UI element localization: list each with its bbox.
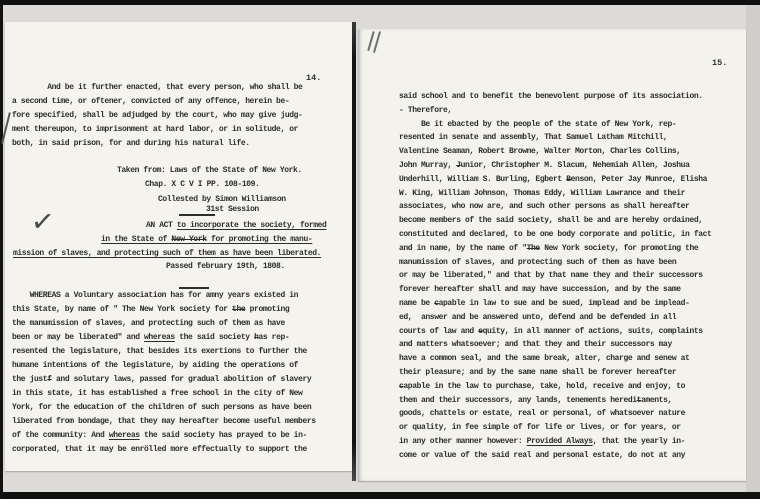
text-line: fore specified, shall be adjudged by the…: [12, 109, 348, 123]
text-line: courts of law and equity, in all manner …: [399, 325, 739, 339]
text-segment: constituted and declared, to be one body…: [399, 230, 711, 239]
text-segment: resented the legislature, that besides i…: [12, 347, 307, 356]
text-line: associates, who now are, and such other …: [399, 200, 739, 214]
text-line: both, in said prison, for and during his…: [12, 137, 348, 151]
text-segment: manumission of slaves, and protecting su…: [399, 258, 676, 267]
text-segment: or quality, in fee simple of for life or…: [399, 423, 681, 432]
text-segment: the said society has prayed to be in-: [140, 431, 307, 440]
text-segment: enson, Peter Jay Munroe, Elisha: [571, 175, 707, 184]
text-segment: quity, in all manner of actions, suits, …: [483, 327, 703, 336]
text-segment: apable in law to sue and be sued, implea…: [439, 299, 690, 308]
text-segment: - Therefore,: [399, 106, 452, 115]
page-number-right: 15.: [712, 58, 727, 68]
source-line-taken-from: Taken from: Laws of the State of New Yor…: [117, 164, 302, 178]
text-segment: been or may be liberated" and: [12, 333, 144, 342]
text-segment: whereas: [109, 431, 140, 440]
text-segment: come or value of the said real and perso…: [399, 451, 685, 460]
text-line: resented in senate and assembly, That Sa…: [399, 131, 739, 145]
text-line: of the community: And whereas the said s…: [12, 429, 348, 443]
text-segment: W. King, William Johnson, Thomas Eddy, W…: [399, 189, 685, 198]
text-segment: have a common seal, and the same break, …: [399, 354, 689, 363]
text-segment: The: [527, 244, 540, 253]
text-segment: to incorporate the society, formed: [177, 221, 327, 230]
text-segment: corporated, that it may be enrölled more…: [12, 445, 307, 454]
text-line: this State, by name of " The New York so…: [12, 303, 348, 317]
text-segment: the just: [12, 375, 47, 384]
text-line: have a common seal, and the same break, …: [399, 352, 739, 366]
text-segment: both, in said prison, for and during his…: [12, 139, 250, 148]
text-line: forever hereafter shall and may have suc…: [399, 283, 739, 297]
text-line: them and their successors, any lands, te…: [399, 394, 739, 408]
text-segment: promoting: [245, 305, 289, 314]
page-fold-mark: [373, 31, 381, 53]
text-segment: and solutary laws, passed for gradual ab…: [52, 375, 312, 384]
text-line: constituted and declared, to be one body…: [399, 228, 739, 242]
text-segment: of the community: And: [12, 431, 109, 440]
text-line: - Therefore,: [399, 104, 739, 118]
text-segment: courts of law and: [399, 327, 478, 336]
film-border-top: [0, 0, 760, 5]
text-segment: in this state, it has established a free…: [12, 389, 302, 398]
text-line: their pleasure; and by the same name sha…: [399, 366, 739, 380]
text-line: Valentine Seaman, Robert Browne, Walter …: [399, 145, 739, 159]
text-segment: Chap. X C V I PP. 108-109.: [145, 180, 259, 189]
passed-line: Passed february 19th, 1808.: [166, 260, 285, 274]
film-border-bottom: [0, 492, 760, 499]
text-line: said school and to benefit the benevolen…: [399, 90, 739, 104]
text-line: come or value of the said real and perso…: [399, 449, 739, 463]
text-segment: ment thereupon, to imprisonment at hard …: [12, 125, 298, 134]
text-segment: WHEREAS a Voluntary association has for …: [12, 291, 298, 300]
text-segment: York, for the education of the children …: [12, 403, 311, 412]
text-segment: whereas: [144, 333, 175, 342]
text-line: the manumission of slaves, and protectin…: [12, 317, 348, 331]
text-line: John Murray, Junior, Christopher M. Slac…: [399, 159, 739, 173]
text-line: Be it ebacted by the people of the state…: [399, 118, 739, 132]
text-segment: become members of the said society, shal…: [399, 216, 703, 225]
text-line: ment thereupon, to imprisonment at hard …: [12, 123, 348, 137]
text-segment: apable in the law to purchase, take, hol…: [403, 382, 685, 391]
text-line: humane intentions of the legislature, by…: [12, 359, 348, 373]
text-segment: for promoting the manu-: [207, 235, 313, 244]
text-line: and matters whatsoever; and that they an…: [399, 338, 739, 352]
text-line: W. King, William Johnson, Thomas Eddy, W…: [399, 187, 739, 201]
text-line: and in name, by the name of "The New Yor…: [399, 242, 739, 256]
text-segment: Valentine Seaman, Robert Browne, Walter …: [399, 147, 681, 156]
checkmark-annotation: ✓: [29, 204, 56, 239]
scanner-backdrop: [746, 5, 760, 492]
act-title-line-1: AN ACT to incorporate the society, forme…: [146, 219, 326, 233]
text-line: in this state, it has established a free…: [12, 387, 348, 401]
text-segment: fore specified, shall be adjudged by the…: [12, 111, 302, 120]
text-segment: the said society: [175, 333, 254, 342]
text-line: ed, answer and be answered unto, defend …: [399, 311, 739, 325]
text-line: York, for the education of the children …: [12, 401, 348, 415]
text-segment: New York society, for promoting the: [540, 244, 698, 253]
text-segment: aments,: [641, 396, 672, 405]
body-text: said school and to benefit the benevolen…: [399, 90, 739, 463]
text-segment: , that the yearly in-: [593, 437, 685, 446]
text-segment: and matters whatsoever; and that they an…: [399, 340, 672, 349]
text-segment: in the State of: [101, 235, 171, 244]
text-line: name be capable in law to sue and be sue…: [399, 297, 739, 311]
text-segment: them and their successors, any lands, te…: [399, 396, 637, 405]
text-line: resented the legislature, that besides i…: [12, 345, 348, 359]
page-left: 14. And be it further enacted, that ever…: [5, 22, 352, 471]
text-line: become members of the said society, shal…: [399, 214, 739, 228]
text-line: capable in the law to purchase, take, ho…: [399, 380, 739, 394]
text-segment: resented in senate and assembly, That Sa…: [399, 133, 667, 142]
text-segment: as rep-: [258, 333, 289, 342]
text-segment: 31st Session: [206, 205, 259, 214]
text-line: or may be liberated," and that by that n…: [399, 269, 739, 283]
text-line: And be it further enacted, that every pe…: [12, 81, 348, 95]
text-line: liberated from bondage, that they may he…: [12, 415, 348, 429]
text-segment: John Murray,: [399, 161, 456, 170]
text-line: Underhill, William S. Burling, Egbert Be…: [399, 173, 739, 187]
text-segment: unior, Christopher M. Slacum, Nehemiah A…: [461, 161, 690, 170]
film-border-left: [0, 0, 3, 499]
text-segment: this State, by name of " The New York so…: [12, 305, 232, 314]
text-line: been or may be liberated" and whereas th…: [12, 331, 348, 345]
text-segment: ed, answer and be answered unto, defend …: [399, 313, 676, 322]
text-segment: said school and to benefit the benevolen…: [399, 92, 703, 101]
text-line: manumission of slaves, and protecting su…: [399, 256, 739, 270]
text-segment: mission of slaves, and protecting such o…: [13, 249, 321, 258]
act-title-line-2: in the State of New York for promoting t…: [101, 233, 312, 247]
text-segment: New York: [171, 235, 206, 244]
text-segment: or may be liberated," and that by that n…: [399, 271, 703, 280]
text-segment: name be: [399, 299, 434, 308]
text-segment: a second time, or oftener, convicted of …: [12, 97, 289, 106]
text-segment: goods, chattels or estate, real or perso…: [399, 409, 685, 418]
text-segment: liberated from bondage, that they may he…: [12, 417, 316, 426]
text-segment: in any other manner however:: [399, 437, 527, 446]
text-segment: AN ACT: [146, 221, 177, 230]
text-line: the justf and solutary laws, passed for …: [12, 373, 348, 387]
text-segment: their pleasure; and by the same name sha…: [399, 368, 676, 377]
text-segment: humane intentions of the legislature, by…: [12, 361, 298, 370]
paragraph-enacted: And be it further enacted, that every pe…: [12, 81, 348, 151]
scanned-document: 14. And be it further enacted, that ever…: [0, 0, 760, 499]
paragraph-whereas: WHEREAS a Voluntary association has for …: [12, 289, 348, 457]
text-segment: Taken from: Laws of the State of New Yor…: [117, 166, 302, 175]
text-segment: the: [232, 305, 245, 314]
text-line: a second time, or oftener, convicted of …: [12, 95, 348, 109]
text-segment: the manumission of slaves, and protectin…: [12, 319, 285, 328]
divider-dash: [179, 214, 215, 216]
page-right: 15. said school and to benefit the benev…: [358, 29, 746, 481]
text-line: or quality, in fee simple of for life or…: [399, 421, 739, 435]
text-segment: forever hereafter shall and may have suc…: [399, 285, 681, 294]
text-line: WHEREAS a Voluntary association has for …: [12, 289, 348, 303]
text-line: in any other manner however: Provided Al…: [399, 435, 739, 449]
act-title-line-3: mission of slaves, and protecting such o…: [13, 247, 321, 261]
text-segment: Be it ebacted by the people of the state…: [399, 120, 676, 129]
text-segment: Provided Always: [527, 437, 593, 446]
source-line-chapter: Chap. X C V I PP. 108-109.: [145, 178, 259, 192]
text-segment: and in name, by the name of ": [399, 244, 527, 253]
page-gutter-shadow: [352, 22, 356, 481]
text-line: goods, chattels or estate, real or perso…: [399, 407, 739, 421]
text-line: corporated, that it may be enrölled more…: [12, 443, 348, 457]
text-segment: And be it further enacted, that every pe…: [12, 83, 302, 92]
text-segment: associates, who now are, and such other …: [399, 202, 689, 211]
text-segment: Underhill, William S. Burling, Egbert: [399, 175, 566, 184]
